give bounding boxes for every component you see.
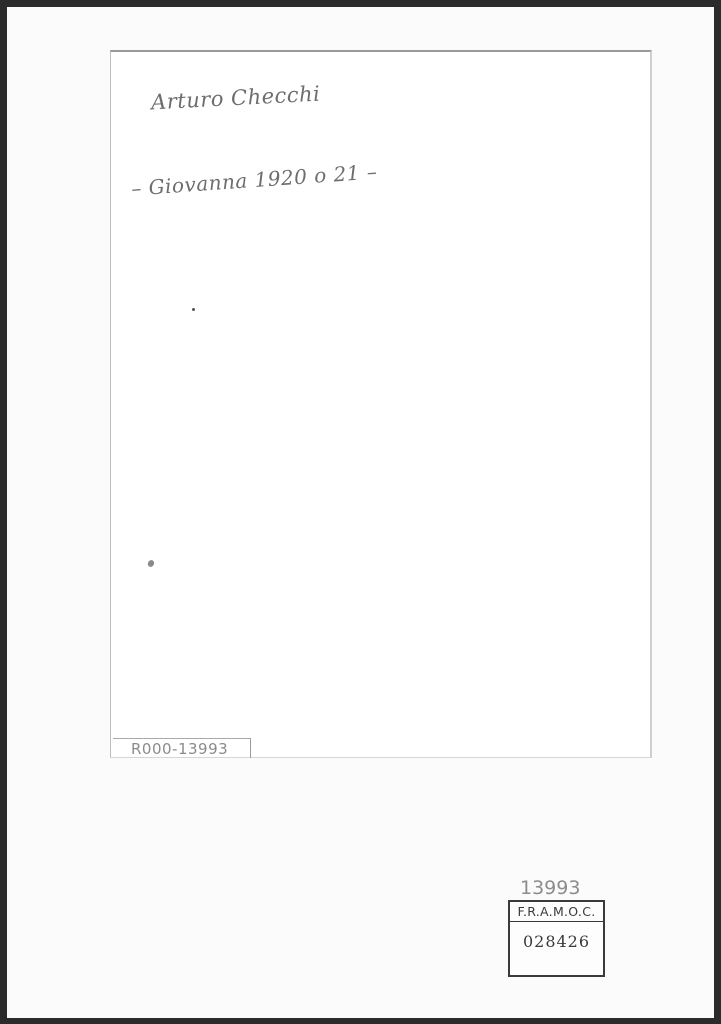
scanned-sheet: Arturo Checchi – Giovanna 1920 o 21 – R0… — [7, 7, 714, 1018]
stamp-box: F.R.A.M.O.C. 028426 — [508, 900, 605, 977]
handwritten-title-date: – Giovanna 1920 o 21 – — [130, 159, 378, 200]
photo-card-verso: Arturo Checchi – Giovanna 1920 o 21 – R0… — [110, 50, 652, 758]
stamp-number: 028426 — [510, 932, 603, 951]
inventory-label: R000-13993 — [113, 738, 251, 758]
dust-speck — [147, 559, 156, 568]
handwritten-artist-name: Arturo Checchi — [150, 82, 320, 115]
dust-speck — [192, 308, 195, 311]
stamp-institution: F.R.A.M.O.C. — [510, 902, 603, 922]
archive-stamp: 13993 F.R.A.M.O.C. 028426 — [508, 878, 608, 978]
pencil-inventory-number: 13993 — [520, 878, 580, 898]
